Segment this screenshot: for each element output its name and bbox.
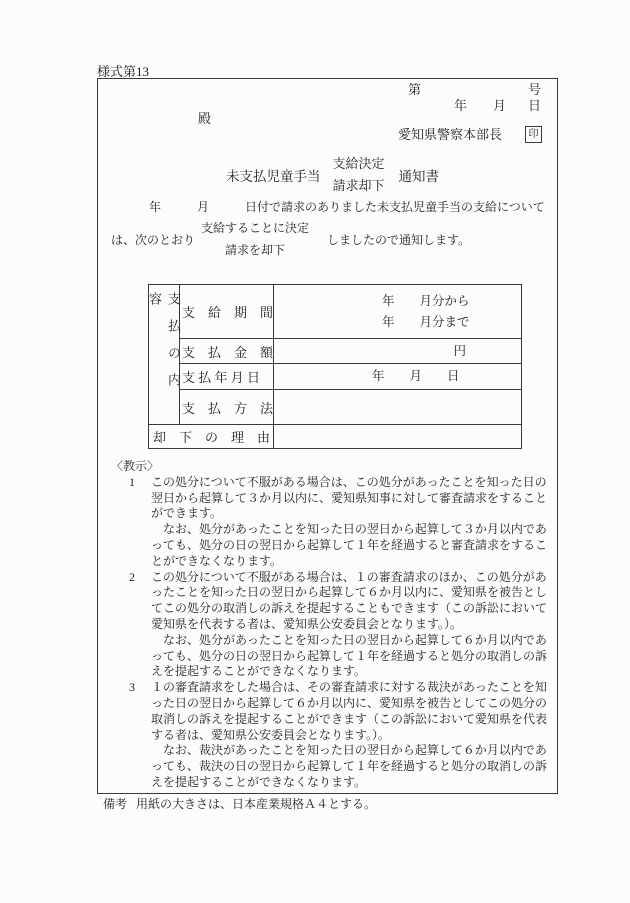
kyoji-item-2-para-2: なお、処分があったことを知った日の翌日から起算して６か月以内であっても、処分の日… xyxy=(151,633,553,680)
remarks-label: 備考 xyxy=(103,795,127,812)
table-group-header-cell: 支払の内容 xyxy=(149,285,180,425)
value-payment-period: 年 月分から 年 月分まで xyxy=(274,285,521,339)
kyoji-item-3-number: 3 xyxy=(129,680,151,791)
value-rejection-reason xyxy=(274,425,521,448)
kyoji-item-1-para-1: この処分について不服がある場合は、この処分があったことを知った日の翌日から起算し… xyxy=(151,475,553,522)
kyoji-item-1-text: この処分について不服がある場合は、この処分があったことを知った日の翌日から起算し… xyxy=(151,475,553,570)
value-payment-date: 年 月 日 xyxy=(274,364,521,390)
label-rejection-reason: 却 下 の 理 由 xyxy=(149,425,274,448)
body-option-reject: 請求を却下 xyxy=(201,239,309,261)
body-line1: 年 月 日付で請求のありました未支払児童手当の支給について xyxy=(98,198,557,215)
body-option-stack: 支給することに決定 請求を却下 xyxy=(201,217,309,261)
doc-number-prefix: 第 xyxy=(408,83,421,97)
kyoji-item-3: 3 １の審査請求をした場合は、その審査請求に対する裁決があったことを知った日の翌… xyxy=(129,680,551,791)
kyoji-item-1: 1 この処分について不服がある場合は、この処分があったことを知った日の翌日から起… xyxy=(129,475,551,570)
date-month-label: 月 xyxy=(493,99,506,113)
label-payment-period: 支 給 期 間 xyxy=(180,285,274,339)
kyoji-item-2: 2 この処分について不服がある場合は、１の審査請求のほか、この処分があったことを… xyxy=(129,570,551,681)
kyoji-heading: 〈教示〉 xyxy=(111,459,551,475)
value-period-from: 年 月分から xyxy=(382,291,521,312)
label-payment-amount: 支 払 金 額 xyxy=(180,339,274,364)
kyoji-item-1-number: 1 xyxy=(129,475,151,570)
kyoji-item-2-text: この処分について不服がある場合は、１の審査請求のほか、この処分があったことを知っ… xyxy=(151,570,553,681)
kyoji-item-3-text: １の審査請求をした場合は、その審査請求に対する裁決があったことを知った日の翌日か… xyxy=(151,680,553,791)
table-group-header: 支払の内容 xyxy=(145,285,183,424)
payment-detail-table: 支払の内容 支 給 期 間 年 月分から 年 月分まで 支 払 金 額 円 支 … xyxy=(148,284,522,449)
issuer-name: 愛知県警察本部長 xyxy=(398,128,502,142)
value-payment-amount: 円 xyxy=(274,339,521,364)
label-payment-date: 支 払 年 月 日 xyxy=(180,364,274,390)
kyoji-item-1-para-2: なお、処分があったことを知った日の翌日から起算して３か月以内であっても、処分の日… xyxy=(151,522,553,569)
kyoji-item-3-para-2: なお、裁決があったことを知った日の翌日から起算して６か月以内であっても、裁決の日… xyxy=(151,743,553,790)
title-option-stack: 支給決定 請求却下 xyxy=(333,153,385,197)
body-line2-pre: は、次のとおり xyxy=(111,231,195,248)
form-border-box: 第 号 年 月 日 殿 愛知県警察本部長 印 未支払児童手当 支給決定 請求却下… xyxy=(97,78,558,794)
addressee-suffix: 殿 xyxy=(198,112,211,126)
title-option-grant: 支給決定 xyxy=(333,153,385,175)
date-day-label: 日 xyxy=(528,99,541,113)
remarks-text: 用紙の大きさは、日本産業規格Ａ４とする。 xyxy=(136,795,376,812)
doc-number-suffix: 号 xyxy=(528,83,541,97)
kyoji-item-2-para-1: この処分について不服がある場合は、１の審査請求のほか、この処分があったことを知っ… xyxy=(151,570,553,633)
body-line2: は、次のとおり 支給することに決定 請求を却下 しましたので通知します。 xyxy=(111,217,470,261)
kyoji-item-2-number: 2 xyxy=(129,570,151,681)
title-doc-type: 通知書 xyxy=(399,165,440,185)
value-payment-method xyxy=(274,390,521,425)
body-line2-post: しましたので通知します。 xyxy=(327,231,470,248)
kyoji-item-3-para-1: １の審査請求をした場合は、その審査請求に対する裁決があったことを知った日の翌日か… xyxy=(151,680,553,743)
appeal-instructions: 〈教示〉 1 この処分について不服がある場合は、この処分があったことを知った日の… xyxy=(111,459,551,791)
value-period-to: 年 月分まで xyxy=(382,312,521,333)
title-option-reject: 請求却下 xyxy=(333,175,385,197)
remarks: 備考 用紙の大きさは、日本産業規格Ａ４とする。 xyxy=(103,795,376,812)
title-subject: 未支払児童手当 xyxy=(226,165,321,185)
label-payment-method: 支 払 方 法 xyxy=(180,390,274,425)
date-year-label: 年 xyxy=(454,99,467,113)
official-seal-icon: 印 xyxy=(525,126,542,143)
body-option-grant: 支給することに決定 xyxy=(201,217,309,239)
document-title: 未支払児童手当 支給決定 請求却下 通知書 xyxy=(98,153,557,197)
